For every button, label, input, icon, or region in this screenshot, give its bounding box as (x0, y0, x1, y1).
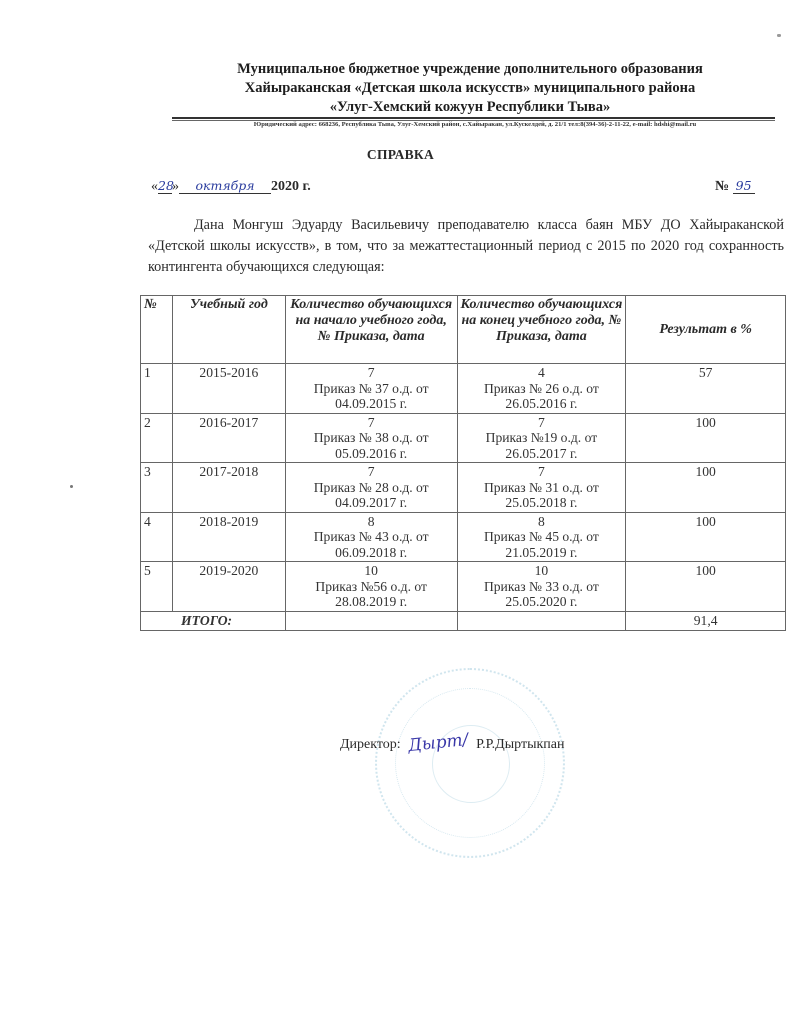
end-order: Приказ № 33 о.д. от (461, 579, 623, 595)
date-day-handwritten: 28 (158, 178, 172, 194)
academic-year: 2015-2016 (172, 364, 285, 414)
row-number: 5 (141, 562, 173, 612)
start-date: 06.09.2018 г. (289, 545, 454, 561)
header-start-count: Количество обучающихся на начало учебног… (285, 296, 457, 364)
end-count: 8 (461, 514, 623, 530)
handwritten-signature: Дырт/ (407, 730, 469, 756)
table-row: 22016-20177Приказ № 38 о.д. от05.09.2016… (141, 413, 786, 463)
org-name-line-1: Муниципальное бюджетное учреждение допол… (150, 60, 790, 79)
start-of-year-cell: 7Приказ № 37 о.д. от04.09.2015 г. (285, 364, 457, 414)
total-start (285, 611, 457, 630)
start-count: 10 (289, 563, 454, 579)
end-of-year-cell: 4Приказ № 26 о.д. от26.05.2016 г. (457, 364, 626, 414)
result-percent: 57 (626, 364, 786, 414)
start-date: 04.09.2015 г. (289, 396, 454, 412)
academic-year: 2019-2020 (172, 562, 285, 612)
number-handwritten: 95 (733, 178, 755, 194)
document-title: СПРАВКА (0, 147, 801, 163)
header-rule (172, 117, 775, 119)
end-of-year-cell: 7Приказ № 31 о.д. от25.05.2018 г. (457, 463, 626, 513)
academic-year: 2016-2017 (172, 413, 285, 463)
scan-speck (70, 485, 73, 488)
end-of-year-cell: 7Приказ №19 о.д. от26.05.2017 г. (457, 413, 626, 463)
org-name-line-2: Хайыраканская «Детская школа искусств» м… (150, 79, 790, 98)
academic-year: 2017-2018 (172, 463, 285, 513)
start-of-year-cell: 8Приказ № 43 о.д. от06.09.2018 г. (285, 512, 457, 562)
start-count: 7 (289, 365, 454, 381)
start-order: Приказ № 28 о.д. от (289, 480, 454, 496)
organization-header: Муниципальное бюджетное учреждение допол… (150, 60, 790, 117)
header-number: № (141, 296, 173, 364)
start-count: 7 (289, 415, 454, 431)
official-stamp (375, 668, 565, 858)
total-result: 91,4 (626, 611, 786, 630)
start-of-year-cell: 7Приказ № 28 о.д. от04.09.2017 г. (285, 463, 457, 513)
result-percent: 100 (626, 512, 786, 562)
end-order: Приказ № 31 о.д. от (461, 480, 623, 496)
table-row: 32017-20187Приказ № 28 о.д. от04.09.2017… (141, 463, 786, 513)
header-end-count: Количество обучающихся на конец учебного… (457, 296, 626, 364)
result-percent: 100 (626, 463, 786, 513)
end-date: 26.05.2016 г. (461, 396, 623, 412)
end-of-year-cell: 8Приказ № 45 о.д. от21.05.2019 г. (457, 512, 626, 562)
date-year: 2020 г. (271, 179, 311, 194)
row-number: 4 (141, 512, 173, 562)
academic-year: 2018-2019 (172, 512, 285, 562)
table-row: 12015-20167Приказ № 37 о.д. от04.09.2015… (141, 364, 786, 414)
total-end (457, 611, 626, 630)
number-label: № (715, 179, 729, 194)
start-order: Приказ № 37 о.д. от (289, 381, 454, 397)
end-order: Приказ № 45 о.д. от (461, 529, 623, 545)
document-date: «28»октября2020 г. (151, 178, 311, 195)
end-count: 10 (461, 563, 623, 579)
director-signature-line: Директор: Дырт/ Р.Р.Дыртыкпан (340, 733, 564, 753)
end-date: 21.05.2019 г. (461, 545, 623, 561)
director-name: Р.Р.Дыртыкпан (476, 737, 564, 752)
row-number: 3 (141, 463, 173, 513)
header-result: Результат в % (626, 296, 786, 364)
end-of-year-cell: 10Приказ № 33 о.д. от25.05.2020 г. (457, 562, 626, 612)
start-of-year-cell: 10Приказ №56 о.д. от28.08.2019 г. (285, 562, 457, 612)
row-number: 2 (141, 413, 173, 463)
end-order: Приказ № 26 о.д. от (461, 381, 623, 397)
certificate-body: Дана Монгуш Эдуарду Васильевичу преподав… (148, 215, 784, 278)
start-of-year-cell: 7Приказ № 38 о.д. от05.09.2016 г. (285, 413, 457, 463)
total-row: ИТОГО:91,4 (141, 611, 786, 630)
date-month-handwritten: октября (179, 178, 271, 194)
total-label: ИТОГО: (141, 611, 286, 630)
body-text: Дана Монгуш Эдуарду Васильевичу преподав… (148, 217, 784, 275)
end-date: 25.05.2018 г. (461, 495, 623, 511)
start-date: 04.09.2017 г. (289, 495, 454, 511)
header-year: Учебный год (172, 296, 285, 364)
end-date: 25.05.2020 г. (461, 594, 623, 610)
end-count: 7 (461, 464, 623, 480)
table-row: 42018-20198Приказ № 43 о.д. от06.09.2018… (141, 512, 786, 562)
start-date: 05.09.2016 г. (289, 446, 454, 462)
start-date: 28.08.2019 г. (289, 594, 454, 610)
end-order: Приказ №19 о.д. от (461, 430, 623, 446)
start-order: Приказ №56 о.д. от (289, 579, 454, 595)
end-count: 7 (461, 415, 623, 431)
director-label: Директор: (340, 737, 401, 752)
document-number: № 95 (715, 178, 755, 195)
start-count: 7 (289, 464, 454, 480)
row-number: 1 (141, 364, 173, 414)
table-row: 52019-202010Приказ №56 о.д. от28.08.2019… (141, 562, 786, 612)
org-name-line-3: «Улуг-Хемский кожуун Республики Тыва» (150, 98, 790, 117)
start-order: Приказ № 38 о.д. от (289, 430, 454, 446)
end-count: 4 (461, 365, 623, 381)
start-order: Приказ № 43 о.д. от (289, 529, 454, 545)
end-date: 26.05.2017 г. (461, 446, 623, 462)
result-percent: 100 (626, 562, 786, 612)
scan-speck (777, 34, 781, 37)
contingent-table: № Учебный год Количество обучающихся на … (140, 295, 786, 631)
legal-address: Юридический адрес: 668236, Республика Ты… (150, 121, 800, 128)
start-count: 8 (289, 514, 454, 530)
result-percent: 100 (626, 413, 786, 463)
table-header-row: № Учебный год Количество обучающихся на … (141, 296, 786, 364)
